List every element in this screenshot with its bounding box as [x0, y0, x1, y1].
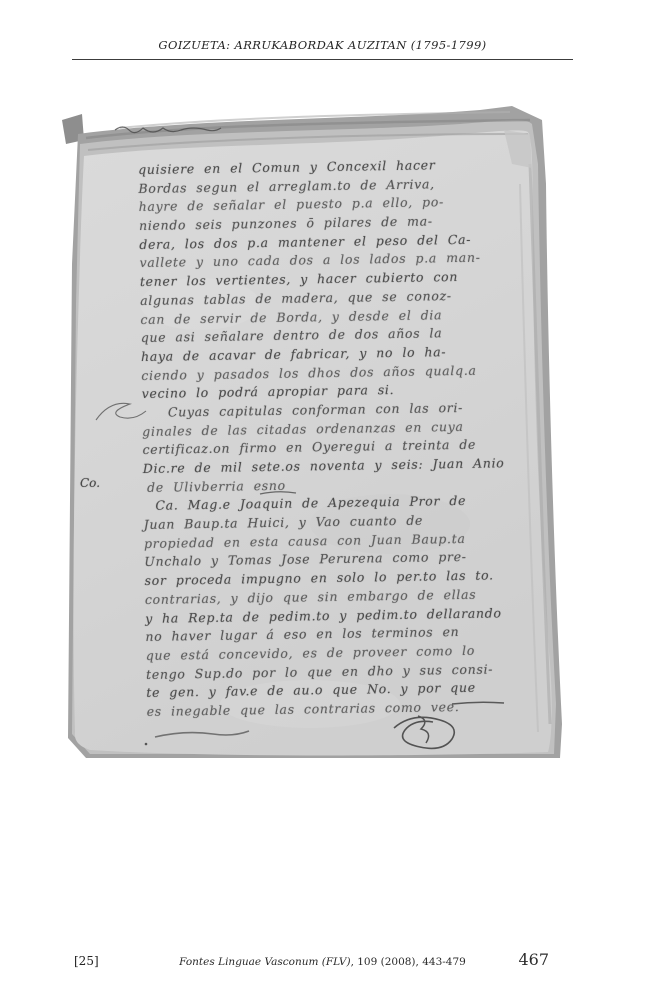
manuscript-text: quisiere en el Comun y Concexil hacerBor…	[138, 156, 543, 723]
footer-citation: Fontes Linguae Vasconum (FLV), 109 (2008…	[72, 956, 573, 968]
manuscript-photo: quisiere en el Comun y Concexil hacerBor…	[60, 104, 576, 766]
footer-page-number: 467	[518, 950, 549, 969]
header-rule	[72, 59, 573, 60]
journal-page: GOIZUETA: ARRUKABORDAK AUZITAN (1795-179…	[0, 0, 645, 1000]
footer-journal-title: Fontes Linguae Vasconum (FLV)	[179, 956, 350, 968]
footer-citation-detail: , 109 (2008), 443-479	[351, 956, 466, 968]
marginal-note: Co.	[80, 476, 100, 490]
ink-dot	[145, 743, 148, 746]
page-footer: [25] Fontes Linguae Vasconum (FLV), 109 …	[72, 950, 573, 976]
running-header-title: GOIZUETA: ARRUKABORDAK AUZITAN (1795-179…	[72, 38, 573, 52]
